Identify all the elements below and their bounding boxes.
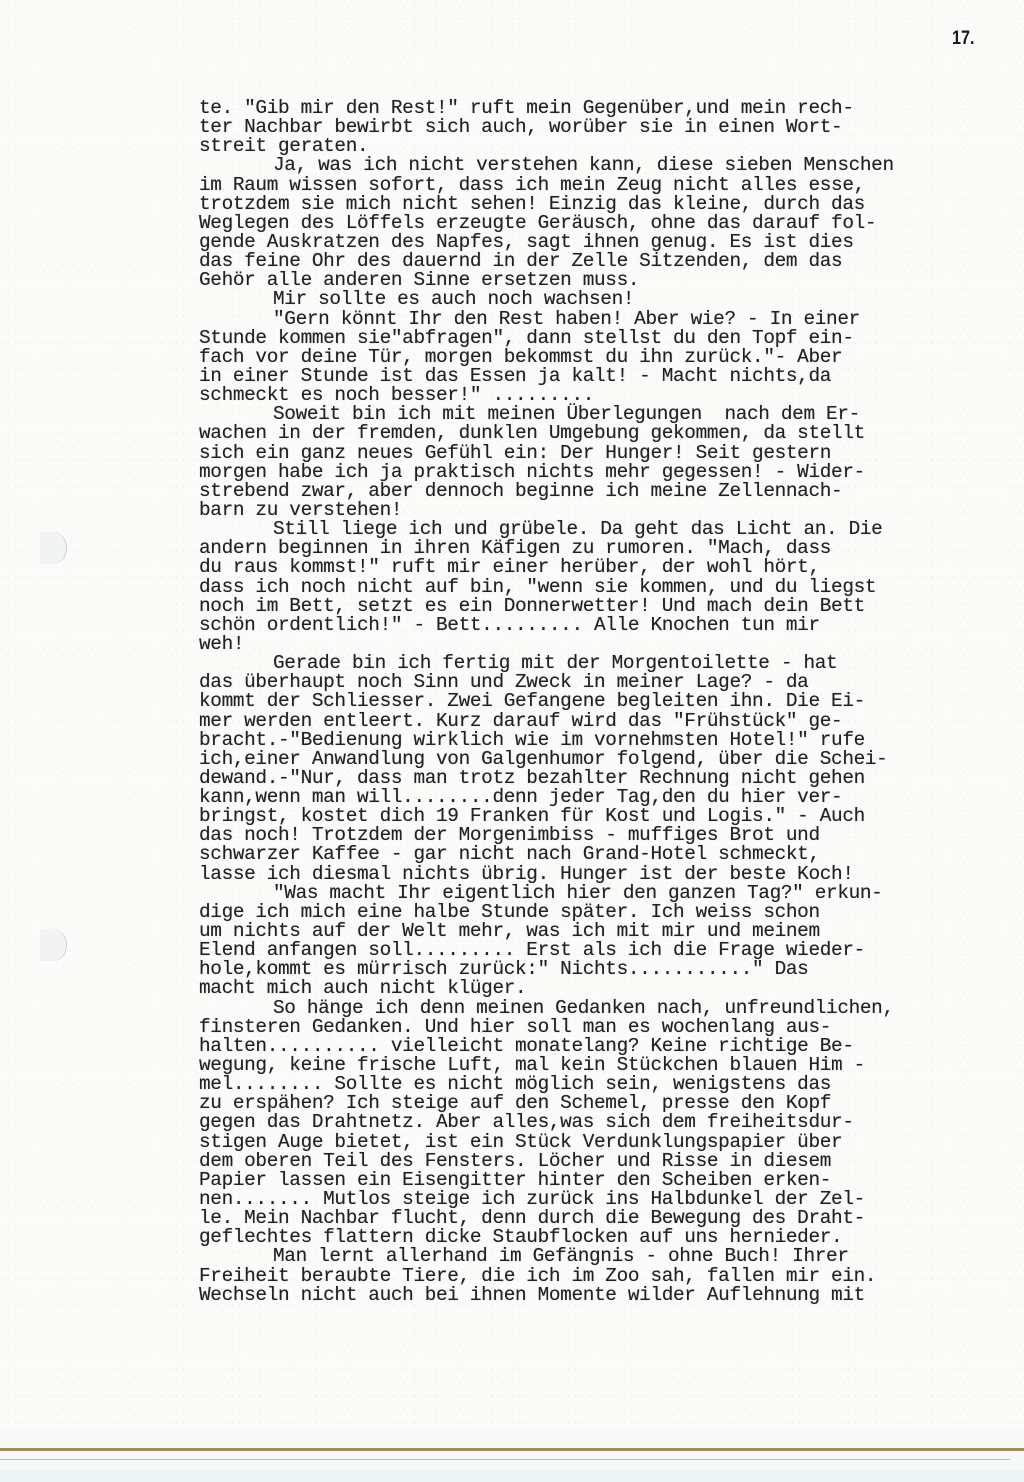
text-line: macht mich auch nicht klüger. (199, 979, 989, 998)
text-line: lasse ich diesmal nichts übrig. Hunger i… (199, 865, 989, 884)
text-line: wachen in der fremden, dunklen Umgebung … (199, 424, 989, 443)
body-text: te. "Gib mir den Rest!" ruft mein Gegenü… (199, 99, 989, 1305)
text-line: noch im Bett, setzt es ein Donnerwetter!… (199, 597, 989, 616)
text-line: morgen habe ich ja praktisch nichts mehr… (199, 463, 989, 482)
text-line: dass ich noch nicht auf bin, "wenn sie k… (199, 578, 989, 597)
paragraph-first-line: Ja, was ich nicht verstehen kann, diese … (199, 156, 989, 175)
text-line: gegen das Drahtnetz. Aber alles,was sich… (199, 1113, 989, 1132)
text-line: Stunde kommen sie"abfragen", dann stells… (199, 329, 989, 348)
punch-hole-top (40, 532, 67, 564)
text-line: kommt der Schliesser. Zwei Gefangene beg… (199, 692, 989, 711)
text-line: stigen Auge bietet, ist ein Stück Verdun… (199, 1133, 989, 1152)
text-line: mer werden entleert. Kurz darauf wird da… (199, 712, 989, 731)
scanner-bed-strip (0, 1470, 1024, 1482)
paragraph-first-line: So hänge ich denn meinen Gedanken nach, … (199, 999, 989, 1018)
text-line: dem oberen Teil des Fensters. Löcher und… (199, 1152, 989, 1171)
paragraph-first-line: Mir sollte es auch noch wachsen! (199, 290, 989, 309)
typewritten-page: 17. te. "Gib mir den Rest!" ruft mein Ge… (0, 0, 1024, 1430)
text-line: bracht.-"Bedienung wirklich wie im vorne… (199, 731, 989, 750)
text-line: schwarzer Kaffee - gar nicht nach Grand-… (199, 845, 989, 864)
text-line: trotzdem sie mich nicht sehen! Einzig da… (199, 195, 989, 214)
paragraph-first-line: Man lernt allerhand im Gefängnis - ohne … (199, 1247, 989, 1266)
text-line: du raus kommst!" ruft mir einer herüber,… (199, 558, 989, 577)
page-number: 17. (952, 28, 974, 50)
text-line: im Raum wissen sofort, dass ich mein Zeu… (199, 176, 989, 195)
text-line: sich ein ganz neues Gefühl ein: Der Hung… (199, 444, 989, 463)
text-line: Wechseln nicht auch bei ihnen Momente wi… (199, 1286, 989, 1305)
text-line: schön ordentlich!" - Bett......... Alle … (199, 616, 989, 635)
scan-edge-gold-line (0, 1448, 1024, 1451)
paragraph-first-line: "Gern könnt Ihr den Rest haben! Aber wie… (199, 310, 989, 329)
scan-edge-gray-line (0, 1459, 1010, 1460)
punch-hole-bottom (40, 929, 67, 961)
text-line: Freiheit beraubte Tiere, die ich im Zoo … (199, 1267, 989, 1286)
